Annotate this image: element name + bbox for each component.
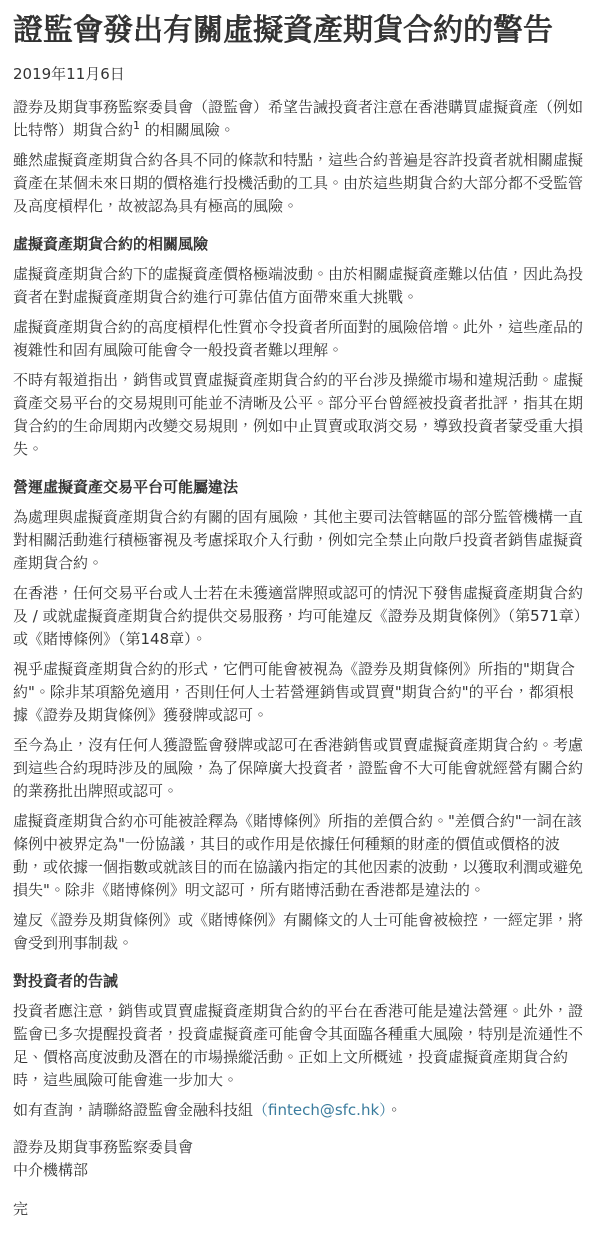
paragraph: 為處理與虛擬資產期貨合約有關的固有風險，其他主要司法管轄區的部分監管機構一直對相… bbox=[13, 506, 587, 575]
signature-org: 證券及期貨事務監察委員會 bbox=[13, 1136, 587, 1159]
paragraph: 虛擬資產期貨合約亦可能被詮釋為《賭博條例》所指的差價合約。"差價合約"一詞在該條… bbox=[13, 810, 587, 902]
section-heading-related-risks: 虛擬資產期貨合約的相關風險 bbox=[13, 233, 587, 256]
paragraph: 在香港，任何交易平台或人士若在未獲適當牌照或認可的情況下發售虛擬資產期貨合約及 … bbox=[13, 582, 587, 651]
document-body: 證監會發出有關虛擬資產期貨合約的警告 2019年11月6日 證券及期貨事務監察委… bbox=[0, 0, 601, 1245]
signature-dept: 中介機構部 bbox=[13, 1159, 587, 1182]
publish-date: 2019年11月6日 bbox=[13, 63, 587, 86]
intro-paragraph-1-text: 證券及期貨事務監察委員會（證監會）希望告誡投資者注意在香港購買虛擬資產（例如比特… bbox=[13, 98, 583, 139]
contact-text: 如有查詢，請聯絡證監會金融科技組 bbox=[13, 1101, 253, 1119]
section-heading-platform-illegal: 營運虛擬資產交易平台可能屬違法 bbox=[13, 476, 587, 499]
paragraph: 虛擬資產期貨合約下的虛擬資產價格極端波動。由於相關虛擬資產難以估值，因此為投資者… bbox=[13, 263, 587, 309]
paragraph: 至今為止，沒有任何人獲證監會發牌或認可在香港銷售或買賣虛擬資產期貨合約。考慮到這… bbox=[13, 734, 587, 803]
intro-paragraph-1-tail: 的相關風險。 bbox=[140, 121, 235, 139]
paragraph: 視乎虛擬資產期貨合約的形式，它們可能會被視為《證券及期貨條例》所指的"期貨合約"… bbox=[13, 658, 587, 727]
section-heading-investor-warning: 對投資者的告誡 bbox=[13, 970, 587, 993]
intro-paragraph-1: 證券及期貨事務監察委員會（證監會）希望告誡投資者注意在香港購買虛擬資產（例如比特… bbox=[13, 96, 587, 142]
intro-paragraph-2: 雖然虛擬資產期貨合約各具不同的條款和特點，這些合約普遍是容許投資者就相關虛擬資產… bbox=[13, 149, 587, 218]
paragraph: 投資者應注意，銷售或買賣虛擬資產期貨合約的平台在香港可能是違法營運。此外，證監會… bbox=[13, 1000, 587, 1092]
paragraph: 虛擬資產期貨合約的高度槓桿化性質亦令投資者所面對的風險倍增。此外，這些產品的複雜… bbox=[13, 316, 587, 362]
contact-paragraph: 如有查詢，請聯絡證監會金融科技組（fintech@sfc.hk）。 bbox=[13, 1099, 587, 1122]
email-link[interactable]: （fintech@sfc.hk） bbox=[253, 1101, 387, 1119]
paragraph: 不時有報道指出，銷售或買賣虛擬資產期貨合約的平台涉及操縱市場和違規活動。虛擬資產… bbox=[13, 369, 587, 461]
page-title: 證監會發出有關虛擬資產期貨合約的警告 bbox=[13, 12, 587, 50]
signature-block: 證券及期貨事務監察委員會 中介機構部 bbox=[13, 1136, 587, 1182]
paragraph: 違反《證券及期貨條例》或《賭博條例》有關條文的人士可能會被檢控，一經定罪，將會受… bbox=[13, 909, 587, 955]
end-mark: 完 bbox=[13, 1198, 587, 1221]
contact-text-tail: 。 bbox=[387, 1101, 402, 1119]
footnote-ref-1: 1 bbox=[133, 119, 140, 132]
